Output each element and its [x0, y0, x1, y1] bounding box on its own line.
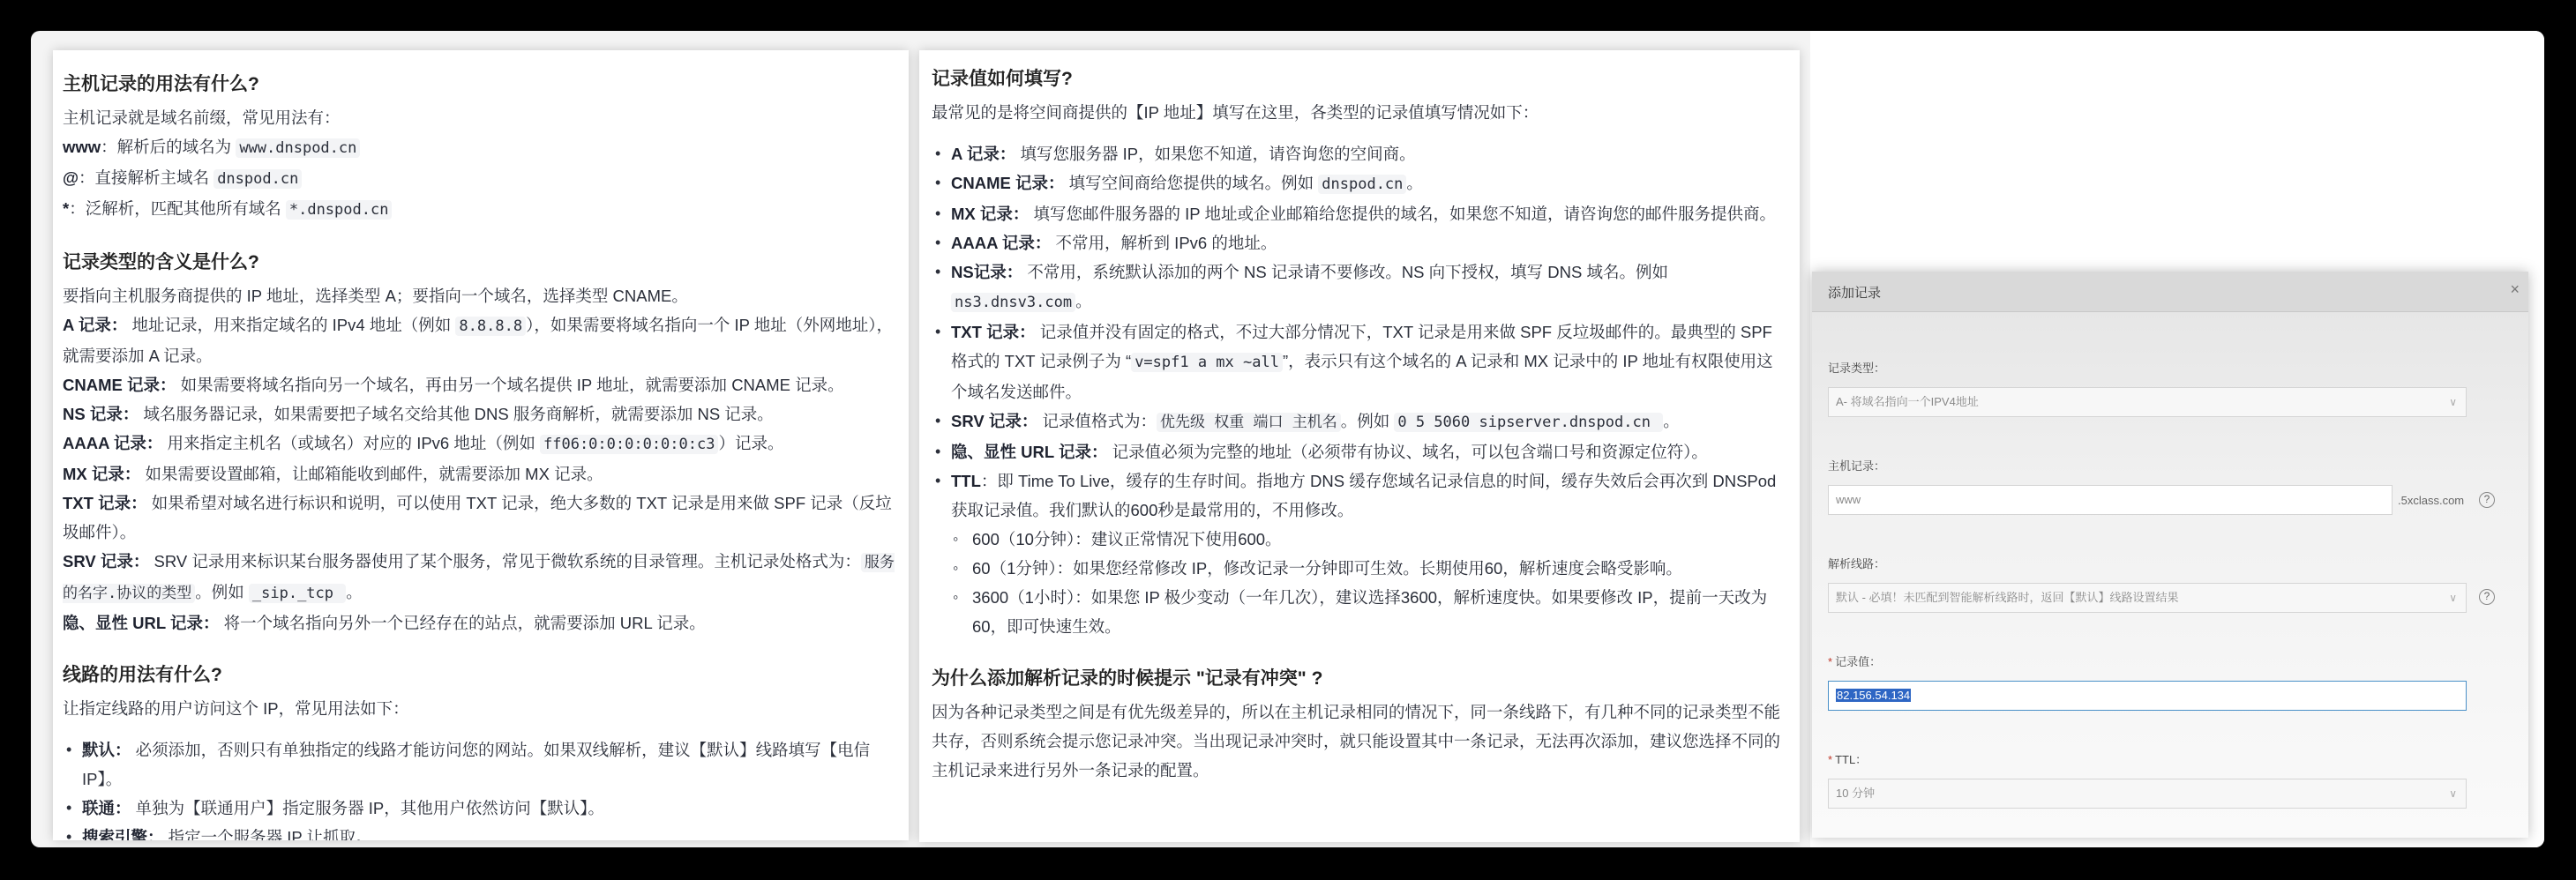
section-title-conflict: 为什么添加解析记录的时候提示 "记录有冲突" ? [932, 666, 1789, 692]
host-record-intro: 主机记录就是域名前缀，常见用法有： [63, 103, 900, 132]
section-title-lines: 线路的用法有什么? [63, 662, 900, 689]
lines-list: 默认： 必须添加，否则只有单独指定的线路才能访问您的网站。如果双线解析，建议【默… [63, 735, 900, 840]
record-type-label: 记录类型： [1828, 359, 1885, 376]
record-type-mx: MX 记录： 如果需要设置邮箱，让邮箱能收到邮件，就需要添加 MX 记录。 [63, 459, 900, 488]
dialog-header: 添加记录 × [1812, 272, 2528, 312]
list-item: MX 记录： 填写您邮件服务器的 IP 地址或企业邮箱给您提供的域名，如果您不知… [932, 199, 1789, 228]
domain-suffix: .5xclass.com [2398, 494, 2464, 507]
line-label: 解析线路： [1828, 555, 1885, 571]
list-item: TTL：即 Time To Live，缓存的生存时间。指地方 DNS 缓存您域名… [932, 466, 1789, 525]
help-panel-middle: 记录值如何填写? 最常见的是将空间商提供的【IP 地址】填写在这里，各类型的记录… [919, 50, 1800, 842]
list-item: 隐、显性 URL 记录： 记录值必须为完整的地址（必须带有协议、域名，可以包含端… [932, 437, 1789, 466]
host-record-label: 主机记录： [1828, 457, 1885, 474]
record-value-list: A 记录： 填写您服务器 IP，如果您不知道，请咨询您的空间商。 CNAME 记… [932, 139, 1789, 525]
host-record-input[interactable]: www [1828, 485, 2393, 515]
lines-intro: 让指定线路的用户访问这个 IP，常见用法如下： [63, 694, 900, 723]
line-select[interactable]: 默认 - 必填！未匹配到智能解析线路时，返回【默认】线路设置结果 ∨ [1828, 583, 2467, 613]
list-item: TXT 记录： 记录值并没有固定的格式，不过大部分情况下，TXT 记录是用来做 … [932, 317, 1789, 406]
ttl-select[interactable]: 10 分钟 ∨ [1828, 779, 2467, 809]
add-record-dialog: 添加记录 × 记录类型： A- 将域名指向一个IPV4地址 ∨ 主机记录： ww… [1812, 272, 2528, 838]
close-icon[interactable]: × [2510, 280, 2520, 298]
record-value-input[interactable]: 82.156.54.134 [1828, 681, 2467, 711]
list-item: 3600（1小时）：如果您 IP 极少变动（一年几次），建议选择3600，解析速… [932, 583, 1789, 641]
section-title-record-types: 记录类型的含义是什么? [63, 250, 900, 276]
chevron-down-icon: ∨ [2449, 779, 2457, 808]
ttl-sub-list: 600（10分钟）：建议正常情况下使用600。 60（1分钟）：如果您经常修改 … [932, 525, 1789, 641]
record-type-select[interactable]: A- 将域名指向一个IPV4地址 ∨ [1828, 387, 2467, 417]
record-type-txt: TXT 记录： 如果希望对域名进行标识和说明，可以使用 TXT 记录，绝大多数的… [63, 488, 900, 547]
section-title-record-value: 记录值如何填写? [932, 66, 1789, 93]
list-item: NS记录： 不常用，系统默认添加的两个 NS 记录请不要修改。NS 向下授权，填… [932, 257, 1789, 317]
chevron-down-icon: ∨ [2449, 388, 2457, 416]
record-type-cname: CNAME 记录： 如果需要将域名指向另一个域名，再由另一个域名提供 IP 地址… [63, 370, 900, 399]
record-value-label: *记录值： [1828, 653, 1881, 669]
record-value-intro: 最常见的是将空间商提供的【IP 地址】填写在这里，各类型的记录值填写情况如下： [932, 98, 1789, 127]
conflict-text: 因为各种记录类型之间是有优先级差异的，所以在主机记录相同的情况下，同一条线路下，… [932, 697, 1789, 785]
host-record-wildcard: *：泛解析，匹配其他所有域名 *.dnspod.cn [63, 194, 900, 225]
list-item: 60（1分钟）：如果您经常修改 IP，修改记录一分钟即可生效。长期使用60，解析… [932, 554, 1789, 583]
host-record-www: www：解析后的域名为 www.dnspod.cn [63, 132, 900, 163]
list-item: SRV 记录： 记录值格式为：优先级 权重 端口 主机名。例如 0 5 5060… [932, 406, 1789, 437]
list-item: A 记录： 填写您服务器 IP，如果您不知道，请咨询您的空间商。 [932, 139, 1789, 168]
record-type-aaaa: AAAA 记录： 用来指定主机名（或域名）对应的 IPv6 地址（例如 ff06… [63, 429, 900, 459]
list-item: 搜索引擎： 指定一个服务器 IP 让抓取。 [63, 823, 900, 840]
record-type-ns: NS 记录： 域名服务器记录，如果需要把子域名交给其他 DNS 服务商解析，就需… [63, 399, 900, 429]
ttl-label: *TTL： [1828, 750, 1867, 767]
help-icon[interactable]: ? [2479, 589, 2495, 605]
chevron-down-icon: ∨ [2449, 584, 2457, 612]
dialog-title: 添加记录 [1828, 283, 1881, 302]
help-panel-left: 主机记录的用法有什么? 主机记录就是域名前缀，常见用法有： www：解析后的域名… [53, 50, 909, 840]
list-item: 联通： 单独为【联通用户】指定服务器 IP，其他用户依然访问【默认】。 [63, 794, 900, 823]
record-types-intro: 要指向主机服务商提供的 IP 地址，选择类型 A；要指向一个域名，选择类型 CN… [63, 281, 900, 310]
list-item: AAAA 记录： 不常用，解析到 IPv6 的地址。 [932, 228, 1789, 257]
host-record-at: @：直接解析主域名 dnspod.cn [63, 163, 900, 194]
section-title-host-record: 主机记录的用法有什么? [63, 71, 900, 98]
record-type-a: A 记录： 地址记录，用来指定域名的 IPv4 地址（例如 8.8.8.8），如… [63, 310, 900, 370]
record-type-srv: SRV 记录： SRV 记录用来标识某台服务器使用了某个服务，常见于微软系统的目… [63, 547, 900, 608]
help-icon[interactable]: ? [2479, 492, 2495, 508]
list-item: 600（10分钟）：建议正常情况下使用600。 [932, 525, 1789, 554]
record-type-url: 隐、显性 URL 记录： 将一个域名指向另外一个已经存在的站点，就需要添加 UR… [63, 608, 900, 638]
list-item: CNAME 记录： 填写空间商给您提供的域名。例如 dnspod.cn。 [932, 168, 1789, 199]
list-item: 默认： 必须添加，否则只有单独指定的线路才能访问您的网站。如果双线解析，建议【默… [63, 735, 900, 794]
